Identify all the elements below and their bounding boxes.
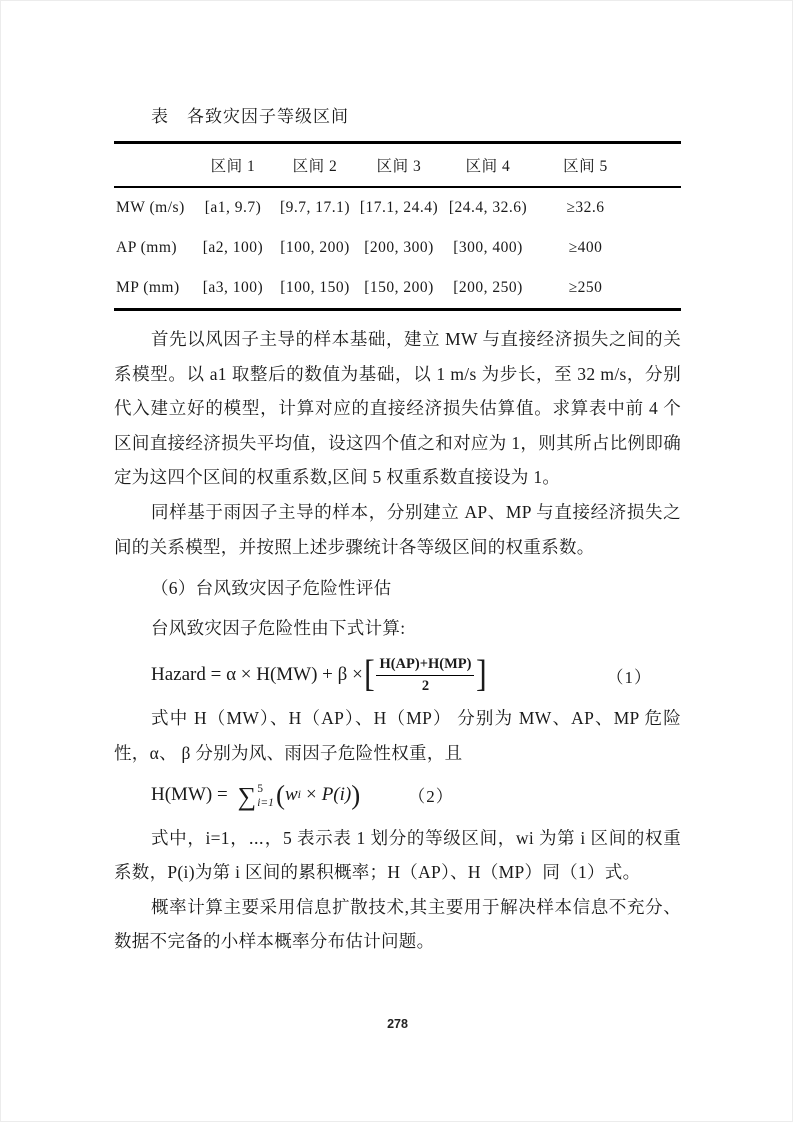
header-cell-interval-3: 区间 3	[358, 143, 440, 187]
close-paren: )	[351, 782, 360, 809]
table-cell: [24.4, 32.6)	[440, 187, 536, 228]
summation-limits: 5 i=1	[257, 783, 274, 809]
table-cell: ≥32.6	[536, 187, 681, 228]
formula-1-hazard: Hazard = α × H(MW) + β × [ H(AP)+H(MP) 2…	[114, 652, 681, 698]
table-cell: [a3, 100)	[194, 269, 272, 310]
row-label: MP (mm)	[114, 269, 194, 310]
fraction-denominator: 2	[376, 676, 474, 696]
row-label: MW (m/s)	[114, 187, 194, 228]
table-cell: [200, 300)	[358, 228, 440, 269]
table-caption: 表 各致灾因子等级区间	[114, 104, 681, 130]
summation-sigma: ∑	[238, 784, 257, 810]
table-cell: [100, 150)	[272, 269, 358, 310]
header-cell-interval-5: 区间 5	[536, 143, 681, 187]
table-row-mw: MW (m/s) [a1, 9.7) [9.7, 17.1) [17.1, 24…	[114, 187, 681, 228]
page-content: 表 各致灾因子等级区间 区间 1 区间 2 区间 3 区间 4 区间 5 MW …	[114, 104, 681, 959]
table-header-row: 区间 1 区间 2 区间 3 区间 4 区间 5	[114, 143, 681, 187]
left-bracket: [	[364, 655, 375, 693]
equation-number-2: （2）	[408, 782, 454, 807]
table-cell: [9.7, 17.1)	[272, 187, 358, 228]
formula-1-left-side: Hazard = α × H(MW) + β ×	[151, 664, 363, 686]
summation-upper-limit: 5	[257, 783, 274, 796]
variable-p-of-i: P(i)	[322, 784, 352, 806]
table-cell: [100, 200)	[272, 228, 358, 269]
header-cell-interval-1: 区间 1	[194, 143, 272, 187]
table-cell: ≥400	[536, 228, 681, 269]
right-bracket: ]	[476, 655, 487, 693]
header-cell-interval-4: 区间 4	[440, 143, 536, 187]
summation-lower-limit: i=1	[257, 797, 274, 810]
hazard-factor-table: 区间 1 区间 2 区间 3 区间 4 区间 5 MW (m/s) [a1, 9…	[114, 141, 681, 311]
table-cell: [200, 250)	[440, 269, 536, 310]
formula-2-left-side: H(MW) =	[151, 784, 228, 806]
section-heading-6: （6）台风致灾因子危险性评估	[114, 571, 681, 606]
paragraph-formula1-explain: 式中 H（MW）、H（AP）、H（MP） 分别为 MW、AP、MP 危险性，α、…	[114, 701, 681, 770]
formula-1-fraction: H(AP)+H(MP) 2	[376, 655, 474, 696]
equation-number-1: （1）	[607, 663, 653, 688]
paragraph-information-diffusion: 概率计算主要采用信息扩散技术,其主要用于解决样本信息不充分、数据不完备的小样本概…	[114, 890, 681, 959]
paragraph-rain-factor: 同样基于雨因子主导的样本，分别建立 AP、MP 与直接经济损失之间的关系模型，并…	[114, 495, 681, 564]
table-row-ap: AP (mm) [a2, 100) [100, 200) [200, 300) …	[114, 228, 681, 269]
open-paren: (	[276, 782, 285, 809]
table-cell: [150, 200)	[358, 269, 440, 310]
table-cell: [300, 400)	[440, 228, 536, 269]
row-label: AP (mm)	[114, 228, 194, 269]
table-cell: [a1, 9.7)	[194, 187, 272, 228]
header-cell-interval-2: 区间 2	[272, 143, 358, 187]
page-number: 278	[1, 1017, 793, 1031]
fraction-numerator: H(AP)+H(MP)	[376, 655, 474, 676]
paragraph-wind-factor: 首先以风因子主导的样本基础，建立 MW 与直接经济损失之间的关系模型。以 a1 …	[114, 322, 681, 495]
table-row-mp: MP (mm) [a3, 100) [100, 150) [150, 200) …	[114, 269, 681, 310]
formula-2-hmw: H(MW) = ∑ 5 i=1 ( wi × P(i) ) （2）	[114, 774, 681, 816]
header-cell-empty	[114, 143, 194, 187]
paragraph-formula2-explain: 式中，i=1，⋯，5 表示表 1 划分的等级区间，wi 为第 i 区间的权重系数…	[114, 821, 681, 890]
table-cell: [17.1, 24.4)	[358, 187, 440, 228]
table-cell: [a2, 100)	[194, 228, 272, 269]
table-cell: ≥250	[536, 269, 681, 310]
document-page: 表 各致灾因子等级区间 区间 1 区间 2 区间 3 区间 4 区间 5 MW …	[0, 0, 793, 1122]
multiply-operator: ×	[301, 784, 322, 806]
variable-w: w	[285, 784, 298, 806]
formula-lead-in: 台风致灾因子危险性由下式计算:	[114, 611, 681, 646]
